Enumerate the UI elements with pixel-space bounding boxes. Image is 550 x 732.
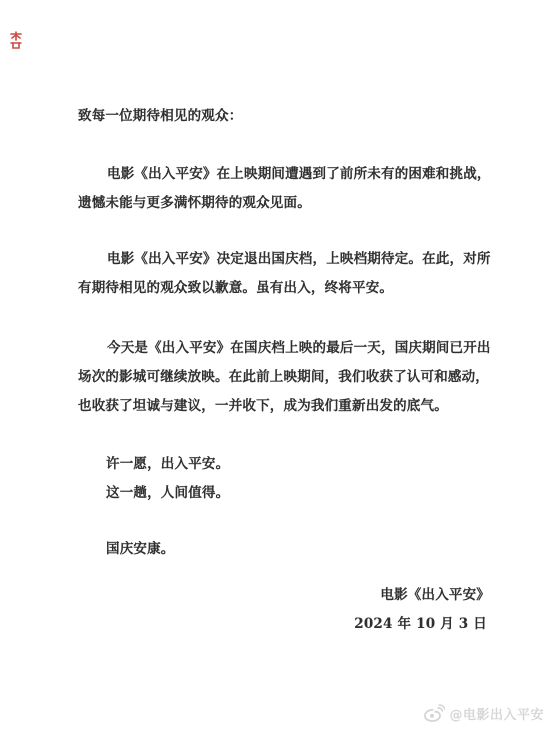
paragraph-1-line-2: 遗憾未能与更多满怀期待的观众见面。	[78, 191, 311, 211]
salutation-line: 致每一位期待相见的观众：	[78, 104, 242, 124]
date-line: 2024 年 10 月 3 日	[354, 612, 487, 632]
paragraph-3-line-1: 今天是《出入平安》在国庆档上映的最后一天，国庆期间已开出	[107, 336, 491, 356]
paragraph-3-line-2: 场次的影城可继续放映。在此前上映期间，我们收获了认可和感动，	[78, 365, 489, 385]
weibo-camera-icon	[423, 703, 445, 723]
red-seal-mark	[9, 31, 23, 50]
greeting-line: 国庆安康。	[106, 537, 175, 557]
paragraph-1-line-1: 电影《出入平安》在上映期间遭遇到了前所未有的困难和挑战，	[107, 162, 491, 182]
paragraph-2-line-1: 电影《出入平安》决定退出国庆档，上映档期待定。在此，对所	[107, 247, 491, 267]
wish-line-2: 这一趟，人间值得。	[106, 481, 229, 501]
watermark: @电影出入平安	[423, 703, 544, 723]
paragraph-3-line-3: 也收获了坦诚与建议，一并收下，成为我们重新出发的底气。	[78, 394, 448, 414]
paragraph-2-line-2: 有期待相见的观众致以歉意。虽有出入，终将平安。	[78, 276, 393, 296]
watermark-handle: @电影出入平安	[449, 704, 544, 723]
wish-line-1: 许一愿，出入平安。	[106, 452, 229, 472]
signature-line: 电影《出入平安》	[380, 583, 490, 603]
announcement-letter-page: 致每一位期待相见的观众： 电影《出入平安》在上映期间遭遇到了前所未有的困难和挑战…	[0, 0, 550, 732]
